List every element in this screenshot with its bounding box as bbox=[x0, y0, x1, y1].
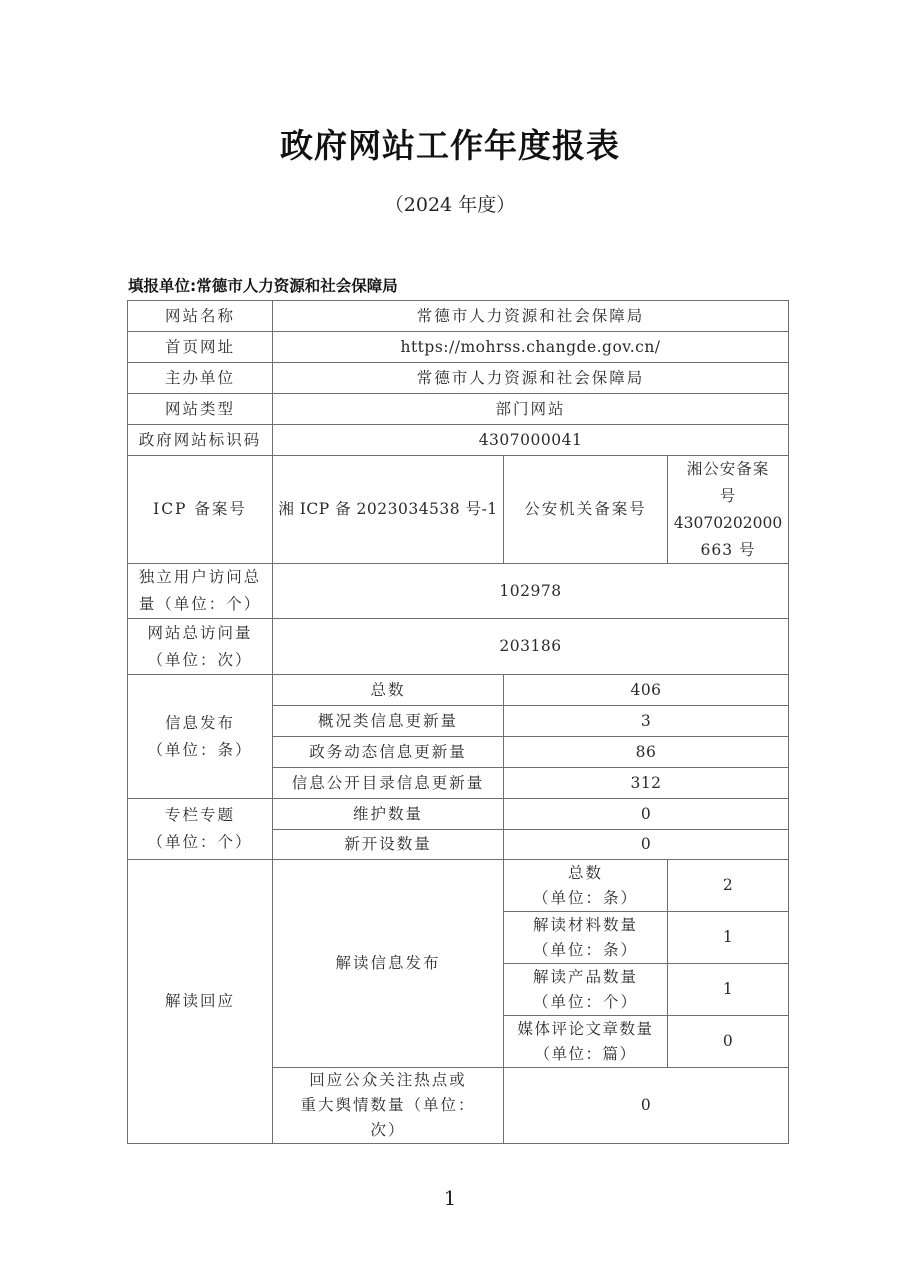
total-visits-value: 203186 bbox=[272, 618, 789, 675]
info-overview-value: 3 bbox=[503, 705, 789, 737]
info-total-label: 总数 bbox=[272, 674, 504, 706]
filler-value: 常德市人力资源和社会保障局 bbox=[196, 277, 398, 295]
new-count-label: 新开设数量 bbox=[272, 829, 504, 860]
icp-label: ICP 备案号 bbox=[127, 455, 273, 564]
info-news-value: 86 bbox=[503, 736, 789, 768]
interp-media-label: 媒体评论文章数量 （单位：篇） bbox=[503, 1015, 668, 1068]
filler-label: 填报单位: bbox=[128, 277, 196, 295]
columns-topics-label: 专栏专题 （单位：个） bbox=[127, 798, 273, 860]
filler-unit: 填报单位:常德市人力资源和社会保障局 bbox=[128, 274, 398, 296]
interp-total-label: 总数 （单位：条） bbox=[503, 859, 668, 912]
homepage-url-label: 首页网址 bbox=[127, 331, 273, 363]
response-value: 0 bbox=[503, 1067, 789, 1144]
info-total-value: 406 bbox=[503, 674, 789, 706]
icp-value: 湘 ICP 备 2023034538 号-1 bbox=[272, 455, 504, 564]
interp-material-label: 解读材料数量 （单位：条） bbox=[503, 911, 668, 964]
new-count-value: 0 bbox=[503, 829, 789, 860]
police-record-label: 公安机关备案号 bbox=[503, 455, 668, 564]
page-title: 政府网站工作年度报表 bbox=[0, 120, 900, 167]
info-publish-label: 信息发布 （单位：条） bbox=[127, 674, 273, 799]
info-news-label: 政务动态信息更新量 bbox=[272, 736, 504, 768]
site-name-value: 常德市人力资源和社会保障局 bbox=[272, 300, 789, 332]
report-table: 网站名称 常德市人力资源和社会保障局 首页网址 https://mohrss.c… bbox=[127, 300, 789, 1144]
unique-visitors-label: 独立用户访问总 量（单位：个） bbox=[127, 563, 273, 619]
site-code-label: 政府网站标识码 bbox=[127, 424, 273, 456]
interpretation-label: 解读回应 bbox=[127, 859, 273, 1144]
site-name-label: 网站名称 bbox=[127, 300, 273, 332]
unique-visitors-value: 102978 bbox=[272, 563, 789, 619]
sponsor-value: 常德市人力资源和社会保障局 bbox=[272, 362, 789, 394]
info-catalog-value: 312 bbox=[503, 767, 789, 799]
interp-material-value: 1 bbox=[667, 911, 789, 964]
page-number: 1 bbox=[0, 1186, 900, 1210]
interp-total-value: 2 bbox=[667, 859, 789, 912]
homepage-url-value: https://mohrss.changde.gov.cn/ bbox=[272, 331, 789, 363]
report-year: （2024 年度） bbox=[0, 190, 900, 217]
interp-product-label: 解读产品数量 （单位：个） bbox=[503, 963, 668, 1016]
sponsor-label: 主办单位 bbox=[127, 362, 273, 394]
maintain-count-label: 维护数量 bbox=[272, 798, 504, 830]
info-catalog-label: 信息公开目录信息更新量 bbox=[272, 767, 504, 799]
site-code-value: 4307000041 bbox=[272, 424, 789, 456]
response-label: 回应公众关注热点或 重大舆情数量（单位： 次） bbox=[272, 1067, 504, 1144]
info-overview-label: 概况类信息更新量 bbox=[272, 705, 504, 737]
site-type-label: 网站类型 bbox=[127, 393, 273, 425]
site-type-value: 部门网站 bbox=[272, 393, 789, 425]
maintain-count-value: 0 bbox=[503, 798, 789, 830]
police-record-value: 湘公安备案 号 43070202000 663 号 bbox=[667, 455, 789, 564]
interpretation-publish-label: 解读信息发布 bbox=[272, 859, 504, 1068]
interp-product-value: 1 bbox=[667, 963, 789, 1016]
interp-media-value: 0 bbox=[667, 1015, 789, 1068]
total-visits-label: 网站总访问量 （单位：次） bbox=[127, 618, 273, 675]
